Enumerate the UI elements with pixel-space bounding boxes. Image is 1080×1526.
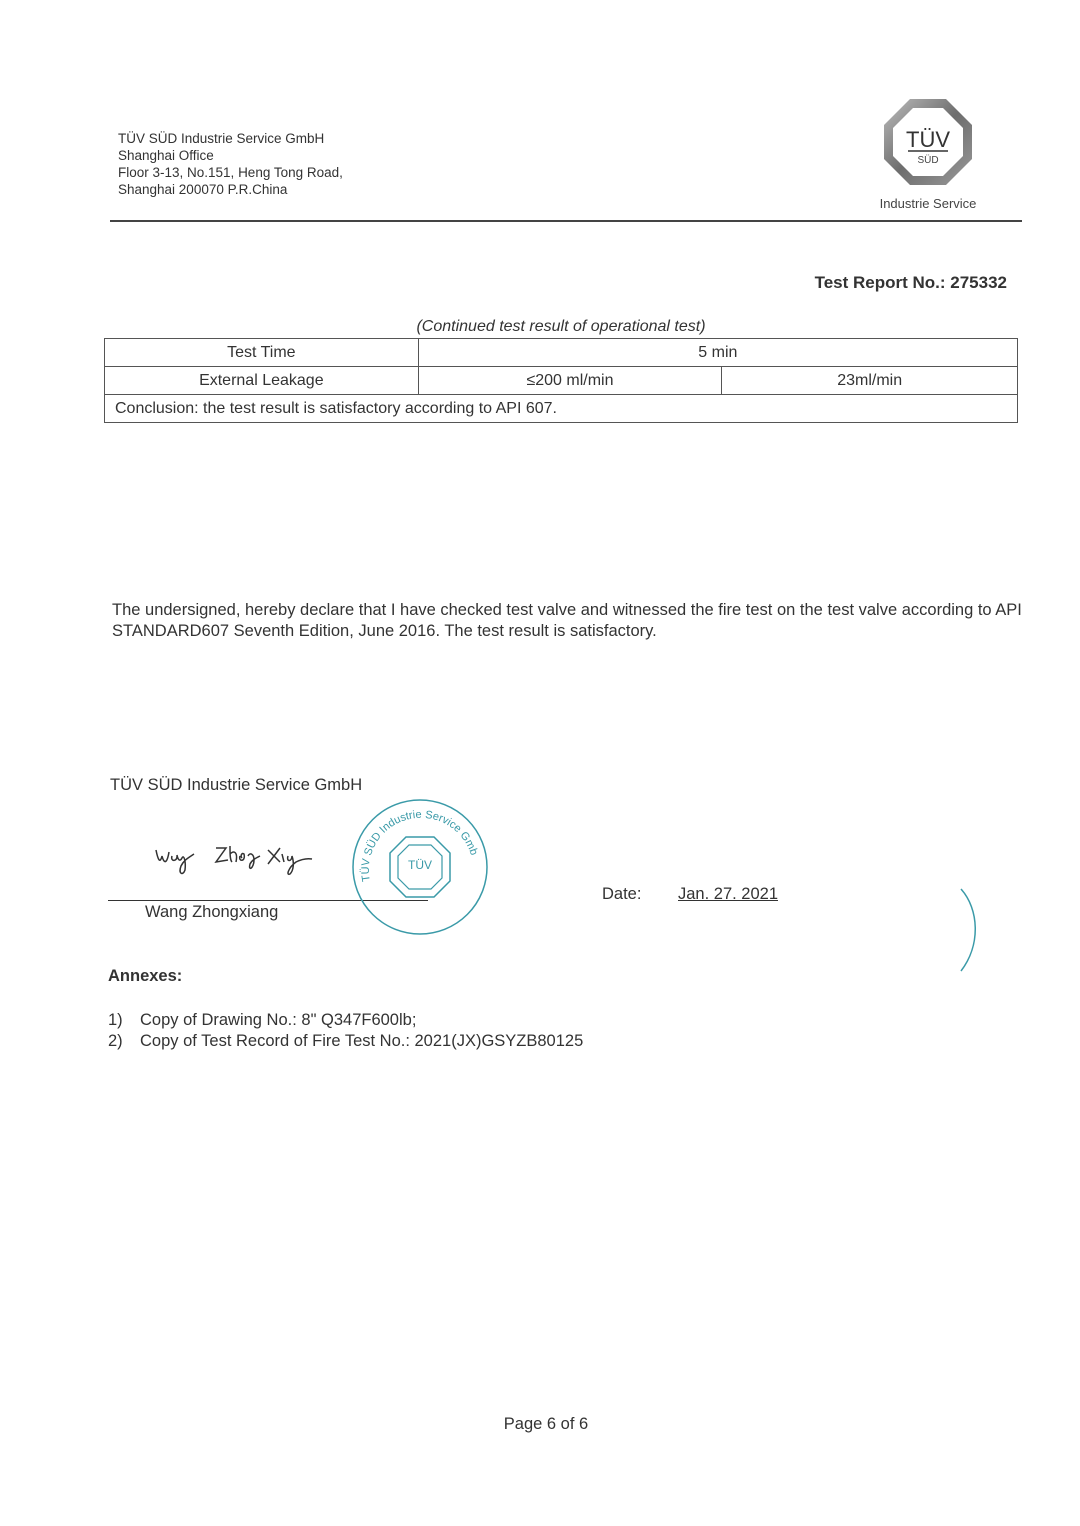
row-value: 5 min: [418, 339, 1017, 367]
annex-number: 1): [108, 1010, 140, 1031]
conclusion: Conclusion: the test result is satisfact…: [105, 395, 1018, 423]
date-label: Date:: [602, 885, 641, 904]
declaration-text: The undersigned, hereby declare that I h…: [112, 600, 1022, 642]
page-number: Page 6 of 6: [0, 1415, 1080, 1434]
address-line: Shanghai 200070 P.R.China: [118, 181, 343, 198]
test-result-table: Test Time 5 min External Leakage ≤200 ml…: [104, 338, 1018, 423]
annexes-list: 1) Copy of Drawing No.: 8" Q347F600lb; 2…: [108, 1010, 583, 1052]
list-item: 1) Copy of Drawing No.: 8" Q347F600lb;: [108, 1010, 583, 1031]
tuv-octagon-icon: TÜV SÜD: [882, 97, 974, 187]
company-stamp-icon: TÜV SÜD Industrie Service GmbH TÜV: [348, 797, 493, 937]
header-divider: [110, 220, 1022, 222]
address-line: Floor 3-13, No.151, Heng Tong Road,: [118, 164, 343, 181]
signing-company: TÜV SÜD Industrie Service GmbH: [110, 776, 362, 795]
office-address: TÜV SÜD Industrie Service GmbH Shanghai …: [118, 130, 343, 198]
annex-text: Copy of Test Record of Fire Test No.: 20…: [140, 1031, 583, 1052]
row-requirement: ≤200 ml/min: [418, 367, 722, 395]
table-row: External Leakage ≤200 ml/min 23ml/min: [105, 367, 1018, 395]
report-number: Test Report No.: 275332: [815, 273, 1007, 293]
list-item: 2) Copy of Test Record of Fire Test No.:…: [108, 1031, 583, 1052]
table-row: Test Time 5 min: [105, 339, 1018, 367]
address-line: TÜV SÜD Industrie Service GmbH: [118, 130, 343, 147]
logo-caption: Industrie Service: [878, 196, 978, 211]
svg-text:TÜV: TÜV: [906, 127, 950, 152]
tuv-logo: TÜV SÜD Industrie Service: [878, 97, 978, 211]
date-value: Jan. 27. 2021: [678, 885, 778, 904]
address-line: Shanghai Office: [118, 147, 343, 164]
partial-stamp-arc-icon: [955, 885, 985, 975]
row-result: 23ml/min: [722, 367, 1018, 395]
annexes-title: Annexes:: [108, 967, 182, 986]
svg-text:SÜD: SÜD: [917, 154, 938, 166]
row-label: External Leakage: [105, 367, 419, 395]
table-row: Conclusion: the test result is satisfact…: [105, 395, 1018, 423]
svg-text:TÜV: TÜV: [408, 858, 432, 872]
annex-text: Copy of Drawing No.: 8" Q347F600lb;: [140, 1010, 416, 1031]
signer-name: Wang Zhongxiang: [145, 903, 278, 922]
handwritten-signature-icon: [150, 832, 340, 882]
row-label: Test Time: [105, 339, 419, 367]
table-caption: (Continued test result of operational te…: [104, 318, 1018, 336]
annex-number: 2): [108, 1031, 140, 1052]
